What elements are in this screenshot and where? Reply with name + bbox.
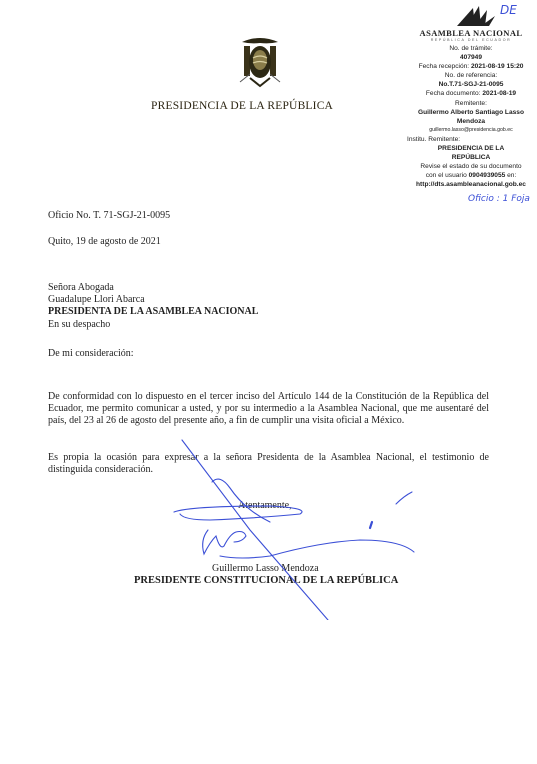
stamp-line: PRESIDENCIA DE LA <box>405 144 537 153</box>
handwritten-note: Oficio : 1 Foja <box>468 194 530 204</box>
institution-header: PRESIDENCIA DE LA REPÚBLICA <box>151 100 333 112</box>
stamp-line: Fecha recepción: 2021-08-19 15:20 <box>405 62 537 71</box>
stamp-line: Fecha documento: 2021-08-19 <box>405 89 537 98</box>
recipient-location: En su despacho <box>48 319 258 331</box>
stamp-line: Mendoza <box>405 117 537 126</box>
recipient-name: Guadalupe Llori Abarca <box>48 294 258 306</box>
recipient-title: PRESIDENTA DE LA ASAMBLEA NACIONAL <box>48 306 258 318</box>
stamp-line: 407949 <box>405 53 537 62</box>
stamp-line: con el usuario 0904939055 en: <box>405 171 537 180</box>
closing: Atentamente, <box>238 500 292 512</box>
recipient-block: Señora Abogada Guadalupe Llori Abarca PR… <box>48 282 258 331</box>
handwritten-initials: DE <box>500 3 517 17</box>
stamp-line: guillermo.lasso@presidencia.gob.ec <box>405 126 537 135</box>
stamp-link[interactable]: http://dts.asambleanacional.gob.ec <box>405 180 537 189</box>
stamp-subtitle: REPÚBLICA DEL ECUADOR <box>411 38 531 42</box>
recipient-salutation: Señora Abogada <box>48 282 258 294</box>
stamp-line: No.T.71-SGJ-21-0095 <box>405 80 537 89</box>
body-paragraph: De conformidad con lo dispuesto en el te… <box>48 391 489 428</box>
greeting: De mi consideración: <box>48 348 134 360</box>
stamp-line: Guillermo Alberto Santiago Lasso <box>405 108 537 117</box>
signer-title: PRESIDENTE CONSTITUCIONAL DE LA REPÚBLIC… <box>134 575 398 587</box>
coat-of-arms-icon <box>236 34 284 90</box>
oficio-number: Oficio No. T. 71-SGJ-21-0095 <box>48 210 170 222</box>
body-paragraph: Es propia la ocasión para expresar a la … <box>48 452 489 476</box>
stamp-line: Remitente: <box>405 99 537 108</box>
stamp-line: Institu. Remitente: <box>405 135 537 144</box>
stamp-line: No. de referencia: <box>405 71 537 80</box>
stamp-line: Revise el estado de su documento <box>405 162 537 171</box>
signer-name: Guillermo Lasso Mendoza <box>212 563 319 575</box>
stamp-organization: ASAMBLEA NACIONAL <box>405 28 537 38</box>
stamp-line: REPÚBLICA <box>405 153 537 162</box>
asamblea-logo-icon <box>453 4 497 28</box>
stamp-details: No. de trámite: 407949 Fecha recepción: … <box>405 44 537 190</box>
place-date: Quito, 19 de agosto de 2021 <box>48 236 161 248</box>
stamp-line: No. de trámite: <box>405 44 537 53</box>
